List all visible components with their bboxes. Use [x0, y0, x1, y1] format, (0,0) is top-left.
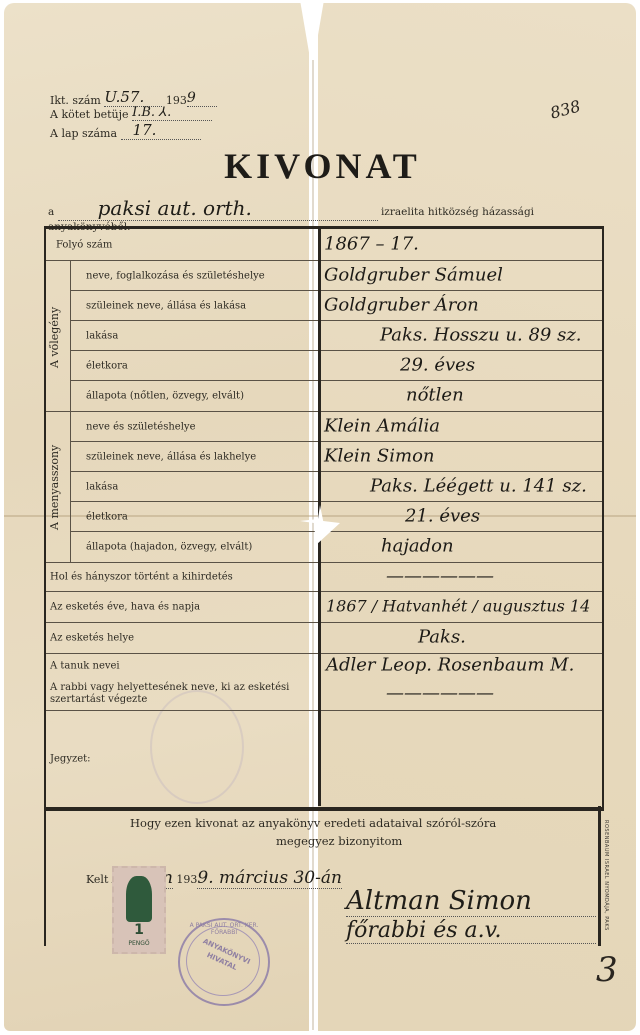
document-title: KIVONAT	[210, 145, 435, 187]
revenue-stamp: 1 PENGŐ	[112, 866, 166, 954]
table-row: A rabbi vagy helyettesének neve, ki az e…	[46, 678, 602, 711]
register-table: Folyó szám 1867 – 17. A vőlegény neve, f…	[44, 226, 604, 811]
certification-line1: Hogy ezen kivonat az anyakönyv eredeti a…	[130, 816, 496, 830]
ikt-szam-value: U.57.	[104, 88, 144, 106]
signature-title: főrabbi és a.v.	[346, 918, 596, 944]
table-row-notes: Jegyzet:	[46, 711, 602, 809]
table-row: életkora 29. éves	[70, 351, 602, 381]
table-row: lakása Paks. Hosszu u. 89 sz.	[70, 321, 602, 351]
kotet-value: I.B. ⅄.	[132, 105, 171, 120]
table-row: Hol és hányszor történt a kihirdetés ———…	[46, 563, 602, 592]
printer-imprint: ROSENBAUM ISRAEL NYOMDÁJA, PAKS	[603, 820, 609, 931]
kotet-field: A kötet betüje I.B. ⅄.	[50, 105, 212, 121]
table-row: Az esketés éve, hava és napja 1867 / Hat…	[46, 592, 602, 623]
table-row: Az esketés helye Paks.	[46, 623, 602, 654]
kotet-label: A kötet betüje	[50, 108, 129, 121]
scribble-mark-icon: 3	[596, 950, 618, 990]
stamp-value: 1	[114, 922, 164, 938]
ikt-year-suffix: 9	[187, 90, 196, 106]
stamp-currency: PENGŐ	[114, 940, 164, 947]
table-row: neve, foglalkozása és születéshelye Gold…	[70, 261, 602, 291]
lap-value: 17.	[133, 121, 157, 139]
certification-right-border	[598, 806, 601, 946]
lap-label: A lap száma	[50, 127, 117, 140]
table-row: Folyó szám 1867 – 17.	[46, 229, 602, 261]
community-name: paksi aut. orth.	[98, 196, 252, 220]
source-prefix: a	[48, 206, 54, 218]
certification-line2: megegyez bizonyitom	[276, 834, 402, 848]
table-row: életkora 21. éves	[70, 502, 602, 532]
table-row: szüleinek neve, állása és lakhelye Klein…	[70, 442, 602, 472]
signature-name: Altman Simon	[346, 886, 596, 917]
table-row: lakása Paks. Léégett u. 141 sz.	[70, 472, 602, 502]
lap-field: A lap száma 17.	[50, 121, 201, 140]
kelt-date: 9. március 30-án	[197, 868, 342, 889]
stamp-figure-icon	[126, 876, 152, 922]
table-row: állapota (nőtlen, özvegy, elvált) nőtlen	[46, 381, 602, 412]
table-row: szüleinek neve, állása és lakása Goldgru…	[70, 291, 602, 321]
table-row: neve és születéshelye Klein Amália	[70, 412, 602, 442]
official-seal: A PAKSI AUT. ORT. KER. FŐRABBI ANYAKÖNYV…	[178, 918, 270, 1006]
seal-ring-text: A PAKSI AUT. ORT. KER. FŐRABBI	[180, 922, 268, 936]
table-row: A tanuk nevei Adler Leop. Rosenbaum M.	[46, 654, 602, 678]
